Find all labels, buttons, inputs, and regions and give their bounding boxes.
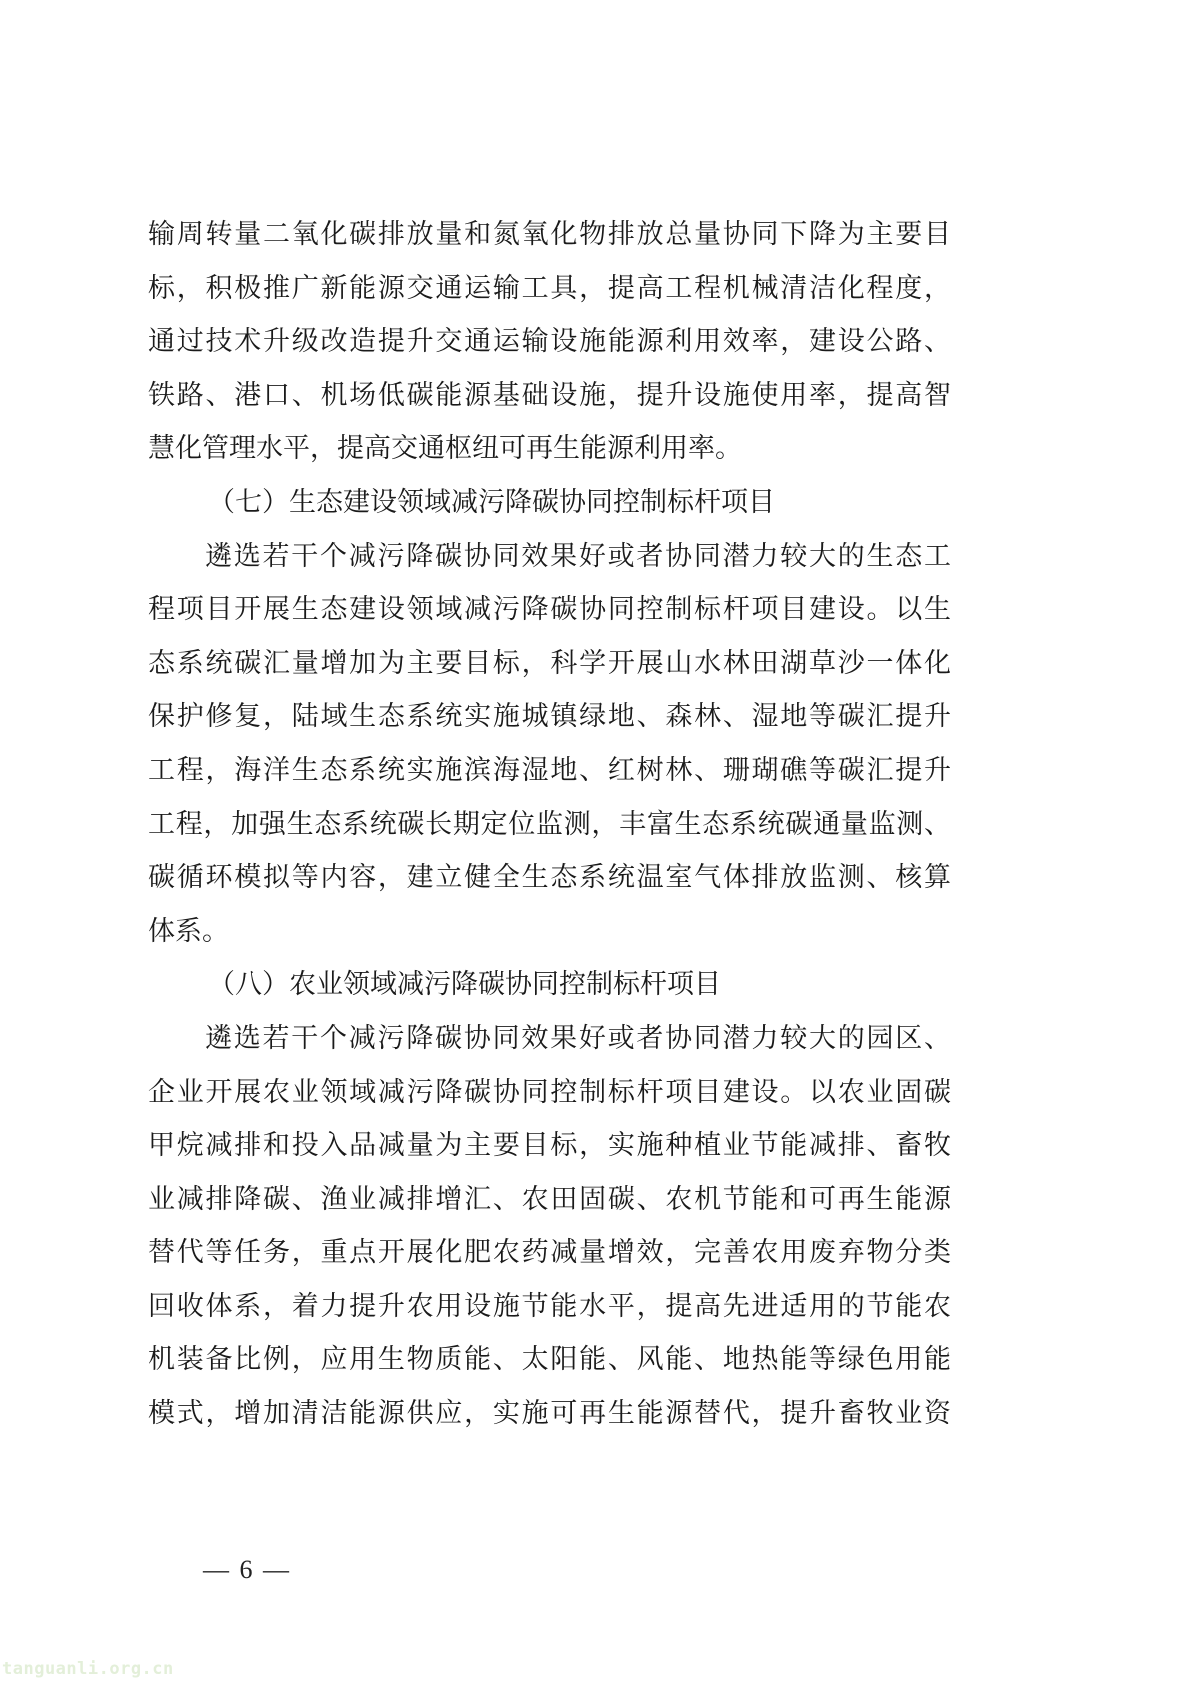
watermark: tanguanli.org.cn (2, 1659, 174, 1679)
body-line: 碳循环模拟等内容，建立健全生态系统温室气体排放监测、核算 (148, 851, 951, 905)
section-heading-8: （八）农业领域减污降碳协同控制标杆项目 (148, 958, 951, 1012)
page-number: — 6 — (203, 1555, 291, 1585)
body-line: 工程，海洋生态系统实施滨海湿地、红树林、珊瑚礁等碳汇提升 (148, 744, 951, 798)
body-line: 替代等任务，重点开展化肥农药减量增效，完善农用废弃物分类 (148, 1226, 951, 1280)
body-line: 通过技术升级改造提升交通运输设施能源利用效率，建设公路、 (148, 315, 951, 369)
body-line: 输周转量二氧化碳排放量和氮氧化物排放总量协同下降为主要目 (148, 208, 951, 262)
body-line: 程项目开展生态建设领域减污降碳协同控制标杆项目建设。以生 (148, 583, 951, 637)
document-page: 输周转量二氧化碳排放量和氮氧化物排放总量协同下降为主要目 标，积极推广新能源交通… (0, 0, 1190, 1683)
document-body: 输周转量二氧化碳排放量和氮氧化物排放总量协同下降为主要目 标，积极推广新能源交通… (148, 208, 951, 1441)
paragraph-first-line: 遴选若干个减污降碳协同效果好或者协同潜力较大的生态工 (148, 530, 951, 584)
section-heading-7: （七）生态建设领域减污降碳协同控制标杆项目 (148, 476, 951, 530)
body-line: 模式，增加清洁能源供应，实施可再生能源替代，提升畜牧业资 (148, 1387, 951, 1441)
body-line: 保护修复，陆域生态系统实施城镇绿地、森林、湿地等碳汇提升 (148, 690, 951, 744)
body-line: 态系统碳汇量增加为主要目标，科学开展山水林田湖草沙一体化 (148, 637, 951, 691)
body-line: 业减排降碳、渔业减排增汇、农田固碳、农机节能和可再生能源 (148, 1173, 951, 1227)
paragraph-first-line: 遴选若干个减污降碳协同效果好或者协同潜力较大的园区、 (148, 1012, 951, 1066)
body-line: 慧化管理水平，提高交通枢纽可再生能源利用率。 (148, 422, 951, 476)
body-line: 甲烷减排和投入品减量为主要目标，实施种植业节能减排、畜牧 (148, 1119, 951, 1173)
body-line: 回收体系，着力提升农用设施节能水平，提高先进适用的节能农 (148, 1280, 951, 1334)
body-line: 铁路、港口、机场低碳能源基础设施，提升设施使用率，提高智 (148, 369, 951, 423)
body-line: 体系。 (148, 905, 951, 959)
body-line: 工程，加强生态系统碳长期定位监测，丰富生态系统碳通量监测、 (148, 798, 951, 852)
body-line: 企业开展农业领域减污降碳协同控制标杆项目建设。以农业固碳 (148, 1066, 951, 1120)
body-line: 标，积极推广新能源交通运输工具，提高工程机械清洁化程度， (148, 262, 951, 316)
body-line: 机装备比例，应用生物质能、太阳能、风能、地热能等绿色用能 (148, 1333, 951, 1387)
